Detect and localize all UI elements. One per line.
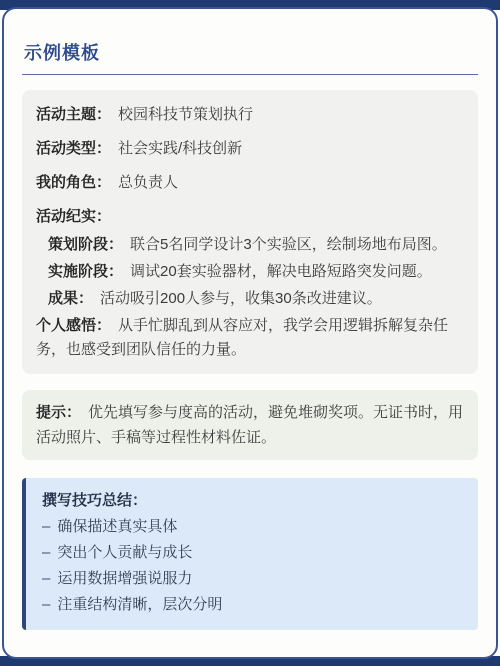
field-reflection: 个人感悟：从手忙脚乱到从容应对，我学会用逻辑拆解复杂任务，也感受到团队信任的力量… [36,314,464,362]
page-title: 示例模板 [24,39,478,65]
subfield-value: 调试20套实验器材，解决电路短路突发问题。 [130,263,432,280]
subfield-value: 活动吸引200人参与，收集30条改进建议。 [100,290,382,307]
subfield-value: 联合5名同学设计3个实验区，绘制场地布局图。 [130,236,447,253]
field-type: 活动类型：社会实践/科技创新 [36,137,464,161]
field-theme: 活动主题：校园科技节策划执行 [36,103,464,127]
field-label: 个人感悟： [36,317,111,334]
field-label: 活动类型： [36,140,111,157]
field-label: 活动纪实： [36,208,111,225]
field-label: 活动主题： [36,106,111,123]
title-divider [22,74,478,75]
summary-item: –运用数据增强说服力 [42,566,464,592]
summary-title: 撰写技巧总结： [42,488,464,514]
field-value: 总负责人 [118,174,178,191]
dash-bullet: – [42,570,50,587]
dash-bullet: – [42,518,50,535]
tip-text: 优先填写参与度高的活动，避免堆砌奖项。无证书时，用活动照片、手稿等过程性材料佐证… [36,404,463,446]
subfield-implementation: 实施阶段：调试20套实验器材，解决电路短路突发问题。 [48,260,464,284]
field-record: 活动纪实： [36,205,464,229]
subfield-label: 策划阶段： [48,236,123,253]
subfield-planning: 策划阶段：联合5名同学设计3个实验区，绘制场地布局图。 [48,233,464,257]
summary-item: –突出个人贡献与成长 [42,540,464,566]
field-value: 校园科技节策划执行 [118,106,253,123]
field-role: 我的角色：总负责人 [36,171,464,195]
summary-box: 撰写技巧总结： –确保描述真实具体 –突出个人贡献与成长 –运用数据增强说服力 … [22,478,478,630]
template-card: 示例模板 活动主题：校园科技节策划执行 活动类型：社会实践/科技创新 我的角色：… [2,7,498,659]
summary-item: –注重结构清晰，层次分明 [42,592,464,618]
dash-bullet: – [42,596,50,613]
tip-box: 提示：优先填写参与度高的活动，避免堆砌奖项。无证书时，用活动照片、手稿等过程性材… [22,390,478,460]
summary-item-text: 注重结构清晰，层次分明 [57,596,222,613]
dash-bullet: – [42,544,50,561]
summary-item: –确保描述真实具体 [42,514,464,540]
subfield-label: 实施阶段： [48,263,123,280]
summary-item-text: 突出个人贡献与成长 [57,544,192,561]
field-value: 社会实践/科技创新 [118,140,242,157]
summary-item-text: 确保描述真实具体 [57,518,177,535]
field-label: 我的角色： [36,174,111,191]
subfield-result: 成果：活动吸引200人参与，收集30条改进建议。 [48,287,464,311]
activity-info-box: 活动主题：校园科技节策划执行 活动类型：社会实践/科技创新 我的角色：总负责人 … [22,90,478,374]
summary-item-text: 运用数据增强说服力 [57,570,192,587]
subfield-label: 成果： [48,290,93,307]
page: 示例模板 活动主题：校园科技节策划执行 活动类型：社会实践/科技创新 我的角色：… [0,0,500,666]
tip-label: 提示： [36,404,81,421]
